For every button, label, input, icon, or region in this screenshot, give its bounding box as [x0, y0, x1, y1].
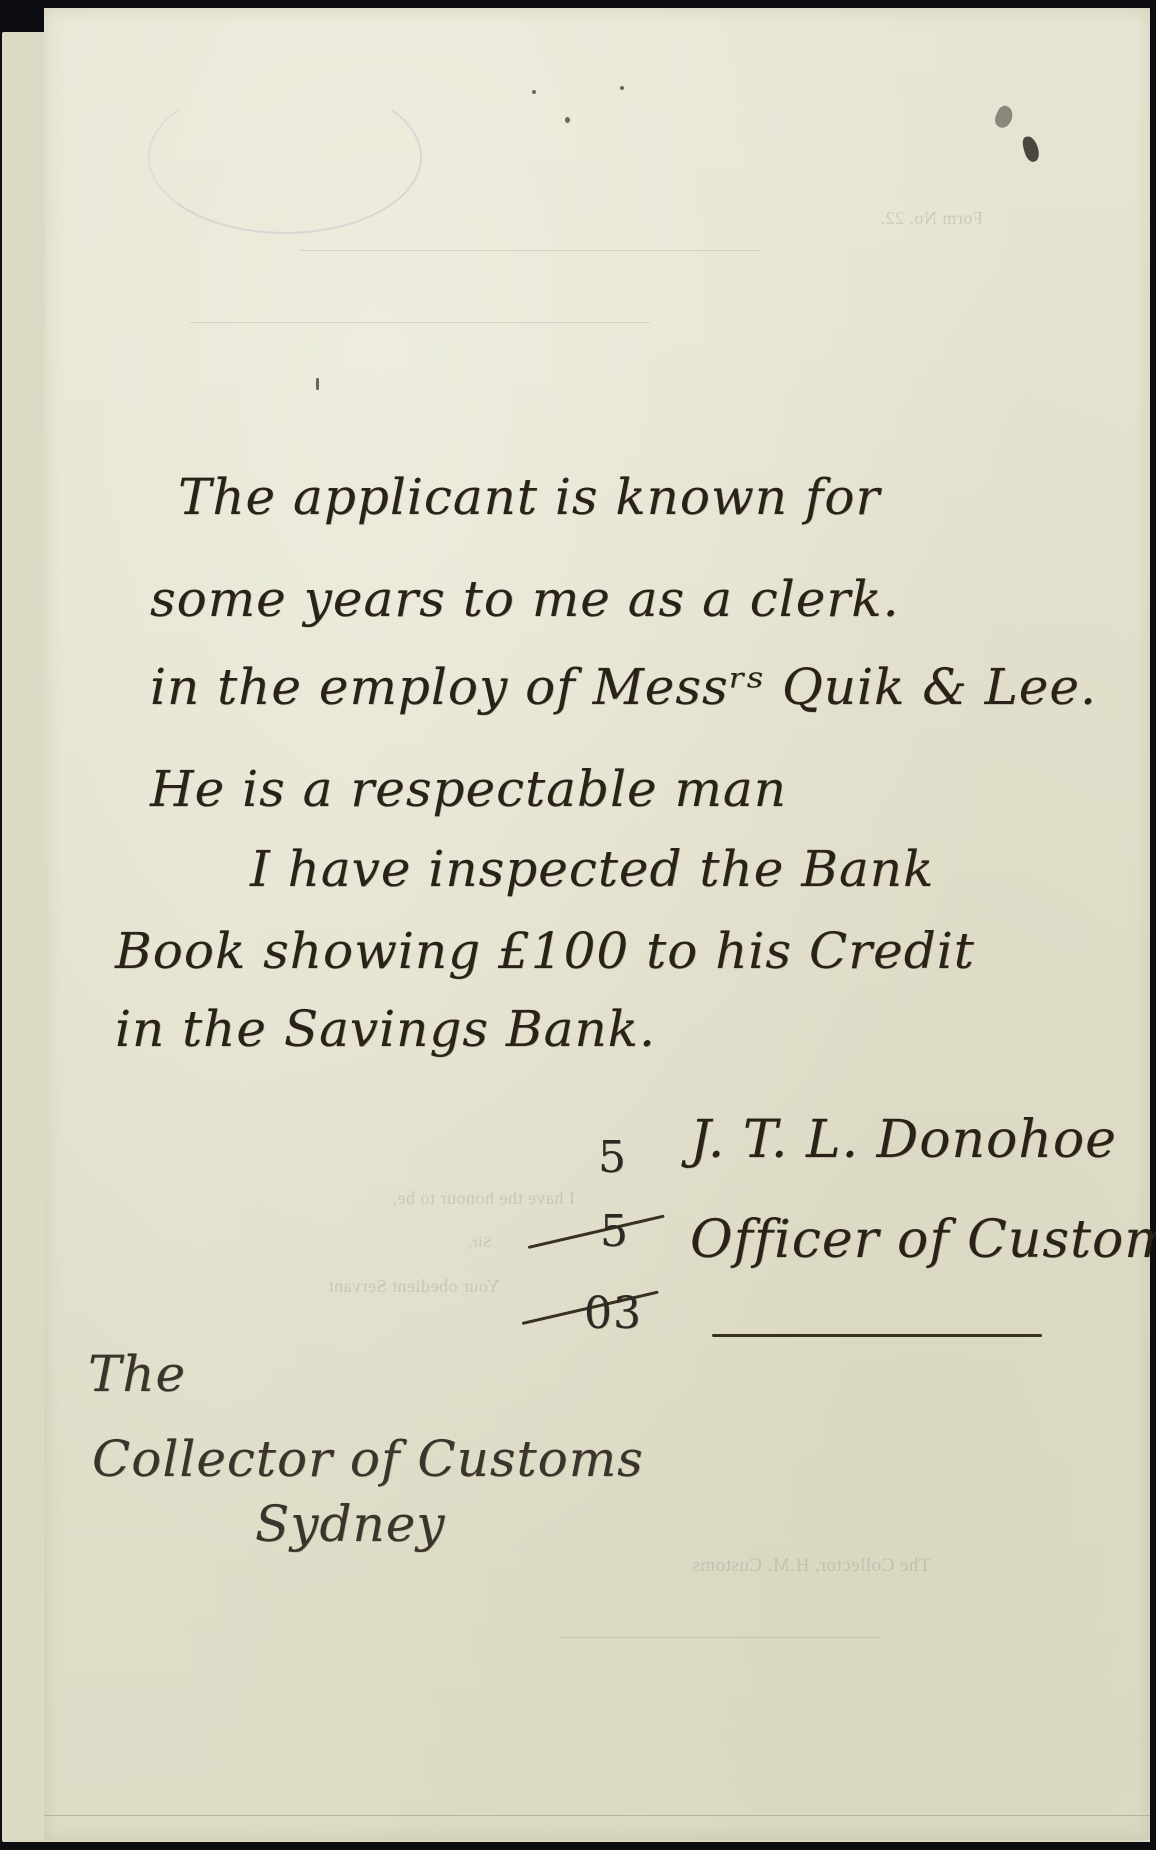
- ink-speck: [316, 378, 319, 390]
- addressee-line-2: Collector of Customs: [92, 1430, 644, 1488]
- ink-speck: [620, 86, 624, 90]
- faint-stamp-mark: [148, 80, 422, 234]
- scan-border: [1150, 0, 1156, 1850]
- signature-name: J. T. L. Donohoe: [690, 1110, 1117, 1170]
- document-scan: Form No. 22. I have the honour to be, Si…: [0, 0, 1156, 1850]
- date-month: 5: [600, 1206, 629, 1257]
- body-line-4: He is a respectable man: [150, 760, 787, 818]
- signature-title: Officer of Customs: [690, 1210, 1156, 1270]
- body-line-6: Book showing £100 to his Credit: [115, 922, 975, 980]
- page-bottom-edge: [44, 1815, 1152, 1816]
- date-year: 03: [584, 1288, 642, 1339]
- signature-underline: [712, 1334, 1042, 1337]
- body-line-5: I have inspected the Bank: [250, 840, 934, 898]
- ink-speck: [532, 90, 536, 94]
- addressee-line-3: Sydney: [255, 1495, 446, 1553]
- show-through-rule: [560, 1637, 880, 1638]
- body-line-2: some years to me as a clerk.: [150, 570, 899, 628]
- show-through-rule: [300, 250, 760, 251]
- body-line-7: in the Savings Bank.: [115, 1000, 656, 1058]
- body-line-1: The applicant is known for: [178, 468, 880, 526]
- date-day: 5: [598, 1132, 627, 1183]
- ink-speck: [565, 117, 570, 123]
- show-through-rule: [190, 322, 650, 323]
- body-line-3: in the employ of Messʳˢ Quik & Lee.: [150, 658, 1097, 716]
- addressee-show-through: The Collector, H.M. Customs: [692, 1555, 931, 1577]
- closing-show-through-2: Sir,: [468, 1234, 492, 1252]
- closing-show-through-1: I have the honour to be,: [392, 1188, 575, 1209]
- form-number-show-through: Form No. 22.: [880, 208, 983, 229]
- addressee-line-1: The: [88, 1345, 186, 1403]
- closing-show-through-3: Your obedient Servant: [328, 1276, 500, 1297]
